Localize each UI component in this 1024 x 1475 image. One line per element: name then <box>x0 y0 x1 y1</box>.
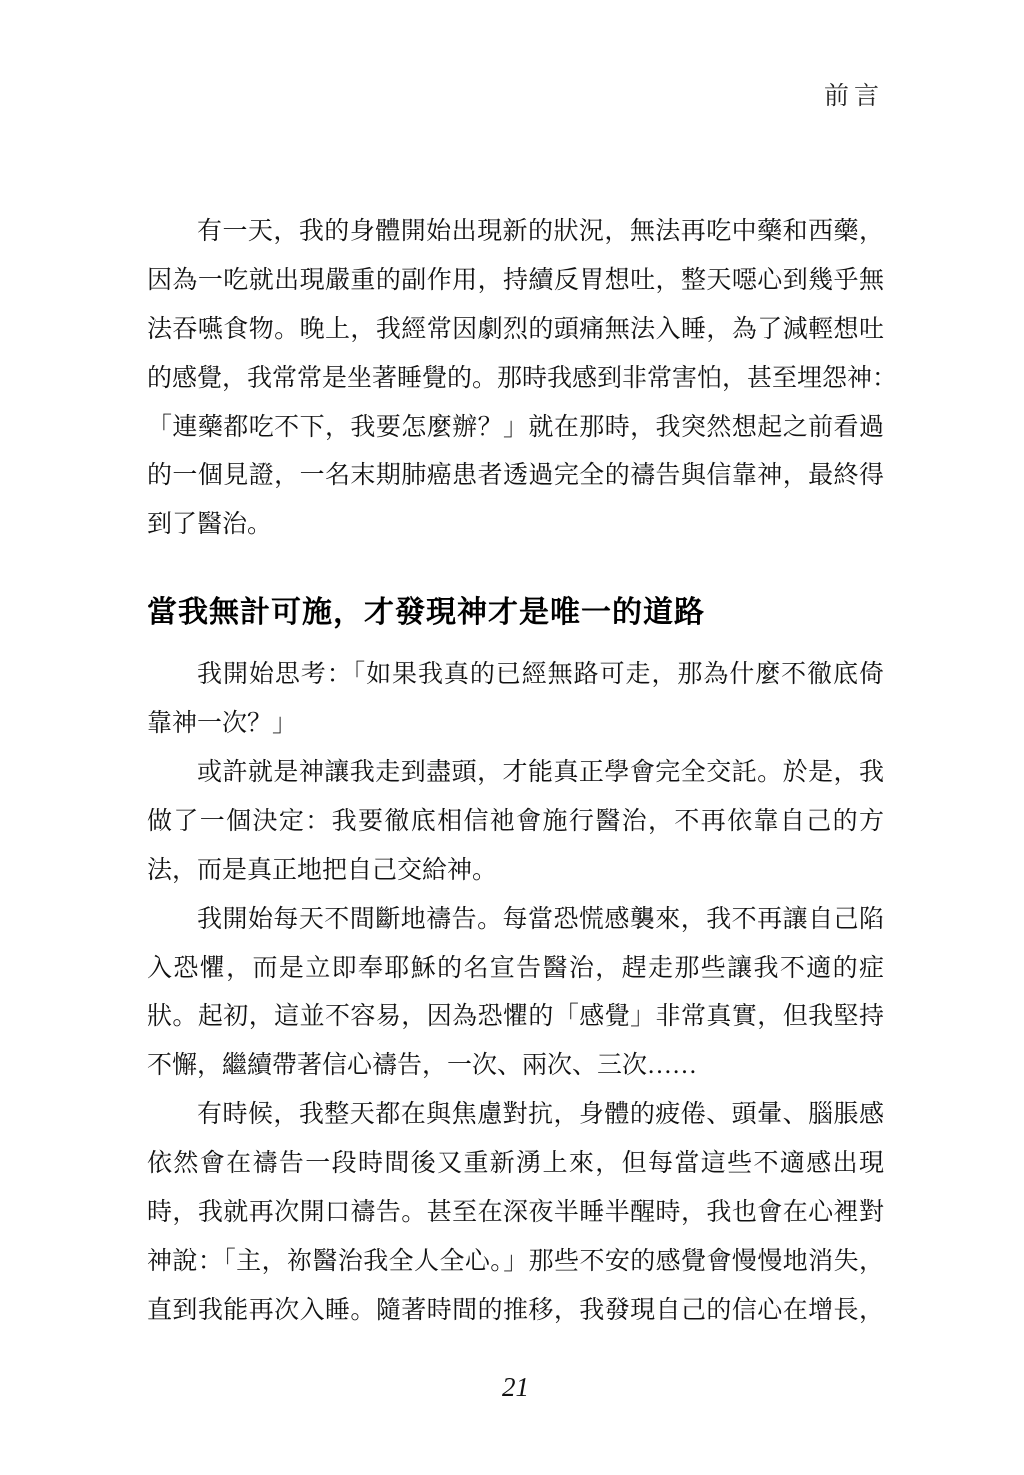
text-line: 或許就是神讓我走到盡頭，才能真正學會完全交託。於是，我 <box>147 749 884 798</box>
paragraph: 或許就是神讓我走到盡頭，才能真正學會完全交託。於是，我做了一個決定：我要徹底相信… <box>147 749 884 896</box>
text-line: 有時候，我整天都在與焦慮對抗，身體的疲倦、頭暈、腦脹感 <box>147 1091 884 1140</box>
text-line: 依然會在禱告一段時間後又重新湧上來，但每當這些不適感出現 <box>147 1140 884 1189</box>
text-line: 有一天，我的身體開始出現新的狀況，無法再吃中藥和西藥， <box>147 208 884 257</box>
text-line: 做了一個決定：我要徹底相信祂會施行醫治，不再依靠自己的方 <box>147 798 884 847</box>
text-line: 「連藥都吃不下，我要怎麼辦？」就在那時，我突然想起之前看過 <box>147 404 884 453</box>
text-line: 靠神一次？」 <box>147 700 884 749</box>
paragraph: 有一天，我的身體開始出現新的狀況，無法再吃中藥和西藥，因為一吃就出現嚴重的副作用… <box>147 208 884 550</box>
text-line: 法，而是真正地把自己交給神。 <box>147 847 884 896</box>
paragraph: 我開始思考：「如果我真的已經無路可走，那為什麼不徹底倚靠神一次？」 <box>147 651 884 749</box>
text-line: 入恐懼，而是立即奉耶穌的名宣告醫治，趕走那些讓我不適的症 <box>147 945 884 994</box>
section-heading: 當我無計可施，才發現神才是唯一的道路 <box>147 593 884 633</box>
body-text: 有一天，我的身體開始出現新的狀況，無法再吃中藥和西藥，因為一吃就出現嚴重的副作用… <box>147 208 884 1336</box>
text-line: 法吞嚥食物。晚上，我經常因劇烈的頭痛無法入睡，為了減輕想吐 <box>147 306 884 355</box>
text-line: 到了醫治。 <box>147 501 884 550</box>
book-page: 前言 有一天，我的身體開始出現新的狀況，無法再吃中藥和西藥，因為一吃就出現嚴重的… <box>0 0 1024 1475</box>
text-line: 神說：「主，祢醫治我全人全心。」那些不安的感覺會慢慢地消失， <box>147 1238 884 1287</box>
paragraph: 我開始每天不間斷地禱告。每當恐慌感襲來，我不再讓自己陷入恐懼，而是立即奉耶穌的名… <box>147 896 884 1092</box>
text-line: 的感覺，我常常是坐著睡覺的。那時我感到非常害怕，甚至埋怨神： <box>147 355 884 404</box>
text-line: 我開始思考：「如果我真的已經無路可走，那為什麼不徹底倚 <box>147 651 884 700</box>
text-line: 直到我能再次入睡。隨著時間的推移，我發現自己的信心在增長， <box>147 1287 884 1336</box>
text-line: 因為一吃就出現嚴重的副作用，持續反胃想吐，整天噁心到幾乎無 <box>147 257 884 306</box>
paragraph: 有時候，我整天都在與焦慮對抗，身體的疲倦、頭暈、腦脹感依然會在禱告一段時間後又重… <box>147 1091 884 1335</box>
page-number: 21 <box>147 1372 884 1403</box>
text-line: 時，我就再次開口禱告。甚至在深夜半睡半醒時，我也會在心裡對 <box>147 1189 884 1238</box>
text-line: 我開始每天不間斷地禱告。每當恐慌感襲來，我不再讓自己陷 <box>147 896 884 945</box>
running-header: 前言 <box>824 76 884 112</box>
text-line: 的一個見證，一名末期肺癌患者透過完全的禱告與信靠神，最終得 <box>147 452 884 501</box>
text-line: 不懈，繼續帶著信心禱告，一次、兩次、三次…… <box>147 1042 884 1091</box>
text-line: 狀。起初，這並不容易，因為恐懼的「感覺」非常真實，但我堅持 <box>147 993 884 1042</box>
